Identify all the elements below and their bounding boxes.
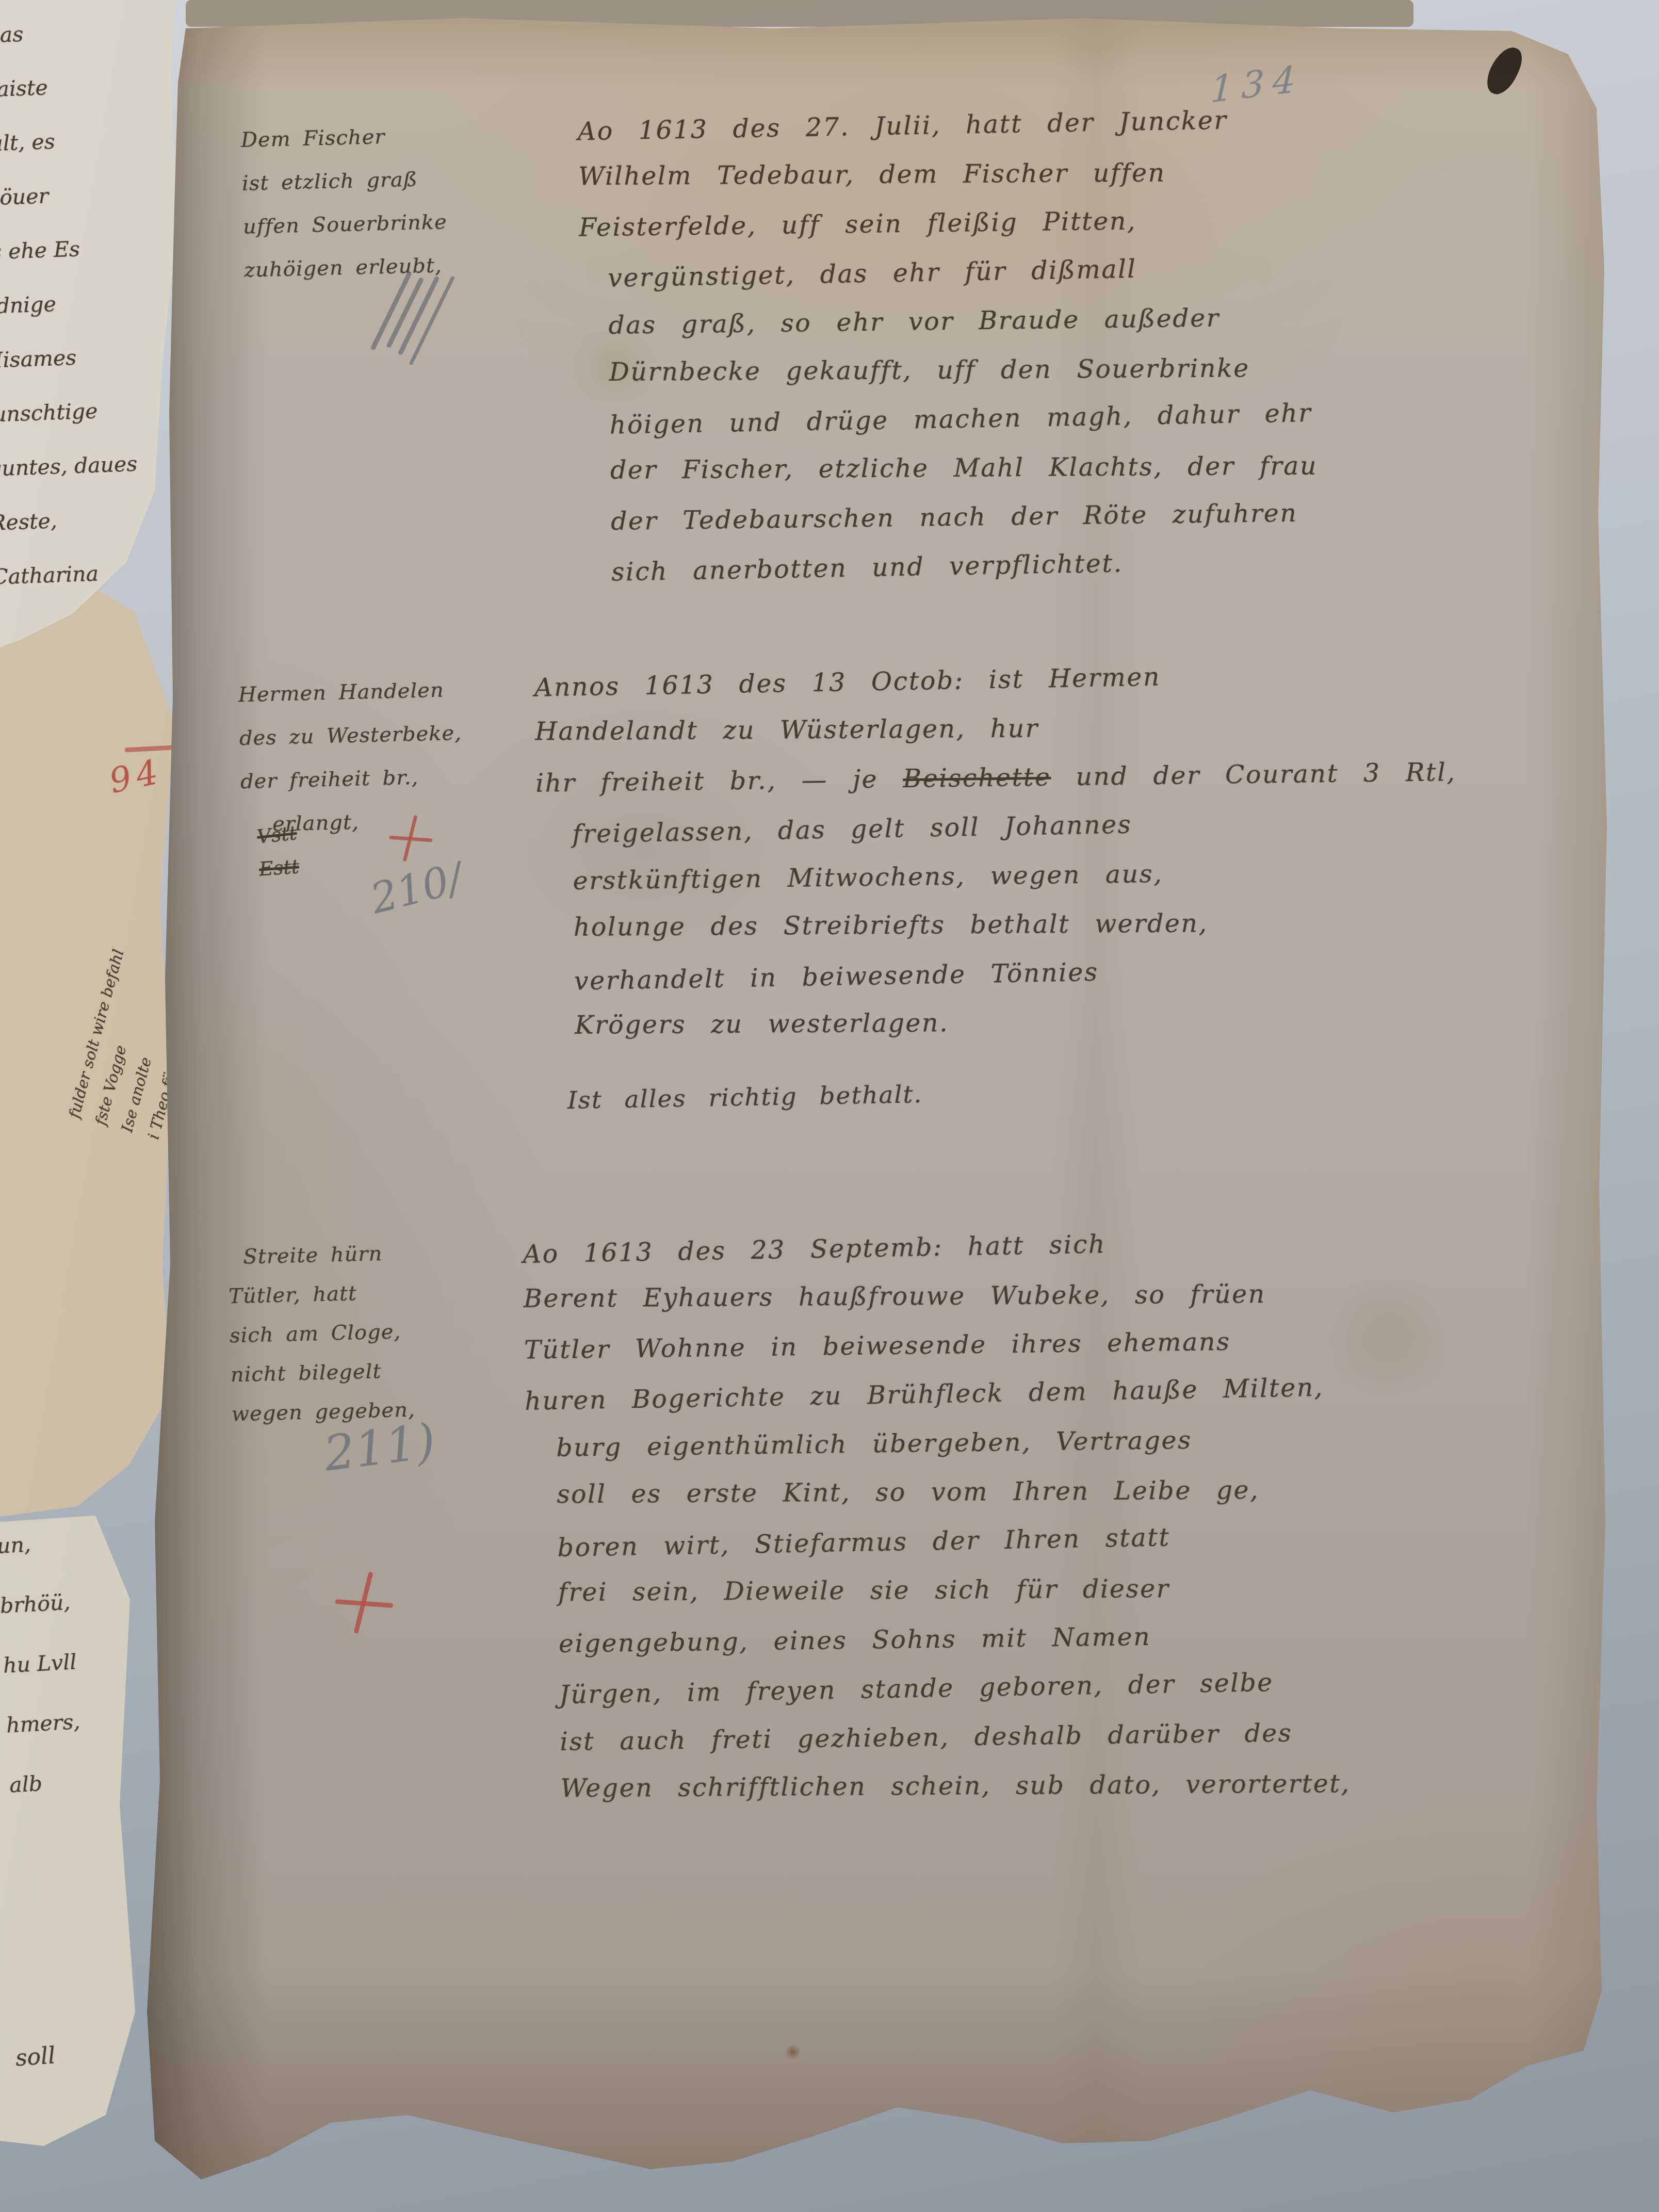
entry3-body: Ao 1613 des 23 Septemb: hatt sich Berent… xyxy=(523,1217,1351,1815)
left-fragment: Reste, xyxy=(0,491,140,550)
struck-margin-word: Estt xyxy=(258,855,300,880)
left-fragment: alb xyxy=(8,1751,85,1815)
body-line: soll es erste Kint, so vom Ihren Leibe g… xyxy=(557,1465,1347,1519)
left-page-bottom-fragments: un, brhöü, hu Lvll hmers, alb xyxy=(0,1512,85,1815)
margin-line: des zu Westerbeke, xyxy=(239,711,462,760)
left-fragment: hu Lvll xyxy=(2,1632,78,1695)
struck-word: Beischette xyxy=(903,762,1051,794)
left-fragment: junschtige xyxy=(0,383,136,442)
left-fragment: hmers, xyxy=(5,1691,82,1755)
left-fragment: dalt, es xyxy=(0,112,127,171)
entry2-body: Annos 1613 des 13 Octob: ist Hermen Hand… xyxy=(534,649,1459,1053)
margin-line: Tütler, hatt xyxy=(228,1273,413,1316)
margin-line: zuhöigen erleubt, xyxy=(243,243,449,292)
margin-line: der freiheit br., xyxy=(240,755,463,804)
paper-stain xyxy=(1527,0,1615,2212)
margin-line: Streite hürn xyxy=(242,1233,412,1277)
left-fragment: un, xyxy=(0,1512,72,1576)
body-line: Wilhelm Tedebaur, dem Fischer uffen xyxy=(578,148,1314,201)
margin-line: ist etzlich graß xyxy=(241,157,447,205)
paper-spot xyxy=(784,2045,802,2059)
left-fragment: rs ehe Es xyxy=(0,220,131,280)
margin-line: Hermen Handelen xyxy=(238,668,461,717)
body-line: sich anerbotten und verpflichtet. xyxy=(611,535,1319,597)
left-fragment: ndnige xyxy=(0,274,133,334)
body-line: Berent Eyhauers haußfrouwe Wubeke, so fr… xyxy=(524,1269,1345,1323)
body-line: Dürnbecke gekaufft, uff den Souerbrinke xyxy=(609,343,1316,396)
left-fragment: Maiste xyxy=(0,58,125,117)
entry3-margin-note: Streite hürn Tütler, hatt sich am Cloge,… xyxy=(227,1233,415,1434)
struck-margin-word: Vstt xyxy=(256,821,298,848)
body-line: Handelandt zu Wüsterlagen, hur xyxy=(535,702,1456,756)
ink-blot xyxy=(1482,42,1526,100)
body-line: Wegen schrifftlichen schein, sub dato, v… xyxy=(560,1759,1351,1813)
entry2-registry-number: 210/ xyxy=(366,854,467,923)
left-fragment: mias xyxy=(0,4,123,63)
entry2-closing-line: Ist alles richtig bethalt. xyxy=(567,1080,923,1115)
main-page: 134 Dem Fischer ist etzlich graß uffen S… xyxy=(0,0,1659,2212)
paper-stain xyxy=(0,1971,1659,2212)
body-line: der Fischer, etzliche Mahl Klachts, der … xyxy=(610,441,1318,494)
body-line: boren wirt, Stiefarmus der Ihren statt xyxy=(557,1509,1348,1572)
red-chalk-number: 94 xyxy=(106,751,167,801)
paper-stain xyxy=(0,0,1659,88)
left-fragment: ß öuer xyxy=(0,166,129,225)
manuscript-photo: { "colors": { "backdrop": "#b3b9c2", "pa… xyxy=(0,0,1659,2212)
body-line: Ao 1613 des 27. Julii, hatt der Juncker xyxy=(577,94,1314,156)
left-fragment: Catharina xyxy=(0,545,142,605)
margin-line: erlangt, xyxy=(272,798,464,846)
left-fragment: brhöü, xyxy=(0,1572,75,1635)
entry1-margin-note: Dem Fischer ist etzlich graß uffen Souer… xyxy=(240,113,449,292)
body-line-pre: ihr freiheit br., — je xyxy=(535,764,903,798)
red-cross-mark xyxy=(336,1574,393,1631)
body-line: Ao 1613 des 23 Septemb: hatt sich xyxy=(523,1215,1344,1279)
margin-line: sich am Cloge, xyxy=(229,1312,414,1356)
margin-line: Dem Fischer xyxy=(240,113,446,162)
body-line: das graß, so ehr vor Braude außeder xyxy=(608,292,1316,350)
body-line: höigen und drüge machen magh, dahur ehr xyxy=(609,388,1318,450)
entry1-body: Ao 1613 des 27. Julii, hatt der Juncker … xyxy=(577,96,1319,595)
margin-line: nicht bilegelt xyxy=(230,1351,415,1395)
left-fragment: Hisames xyxy=(0,329,135,388)
body-line-post: und der Courant 3 Rtl, xyxy=(1051,757,1456,792)
body-line: Krögers zu westerlagen. xyxy=(575,995,1459,1049)
entry2-margin-note: Hermen Handelen des zu Westerbeke, der f… xyxy=(238,668,464,847)
left-fragment: soll xyxy=(14,2042,56,2071)
margin-line: uffen Souerbrinke xyxy=(242,200,448,249)
left-page-writing-fragments: mias Maiste dalt, es ß öuer rs ehe Es nd… xyxy=(0,4,142,604)
left-fragment: guntes, daues xyxy=(0,437,138,496)
body-line: frei sein, Dieweile sie sich für dieser xyxy=(558,1563,1348,1617)
